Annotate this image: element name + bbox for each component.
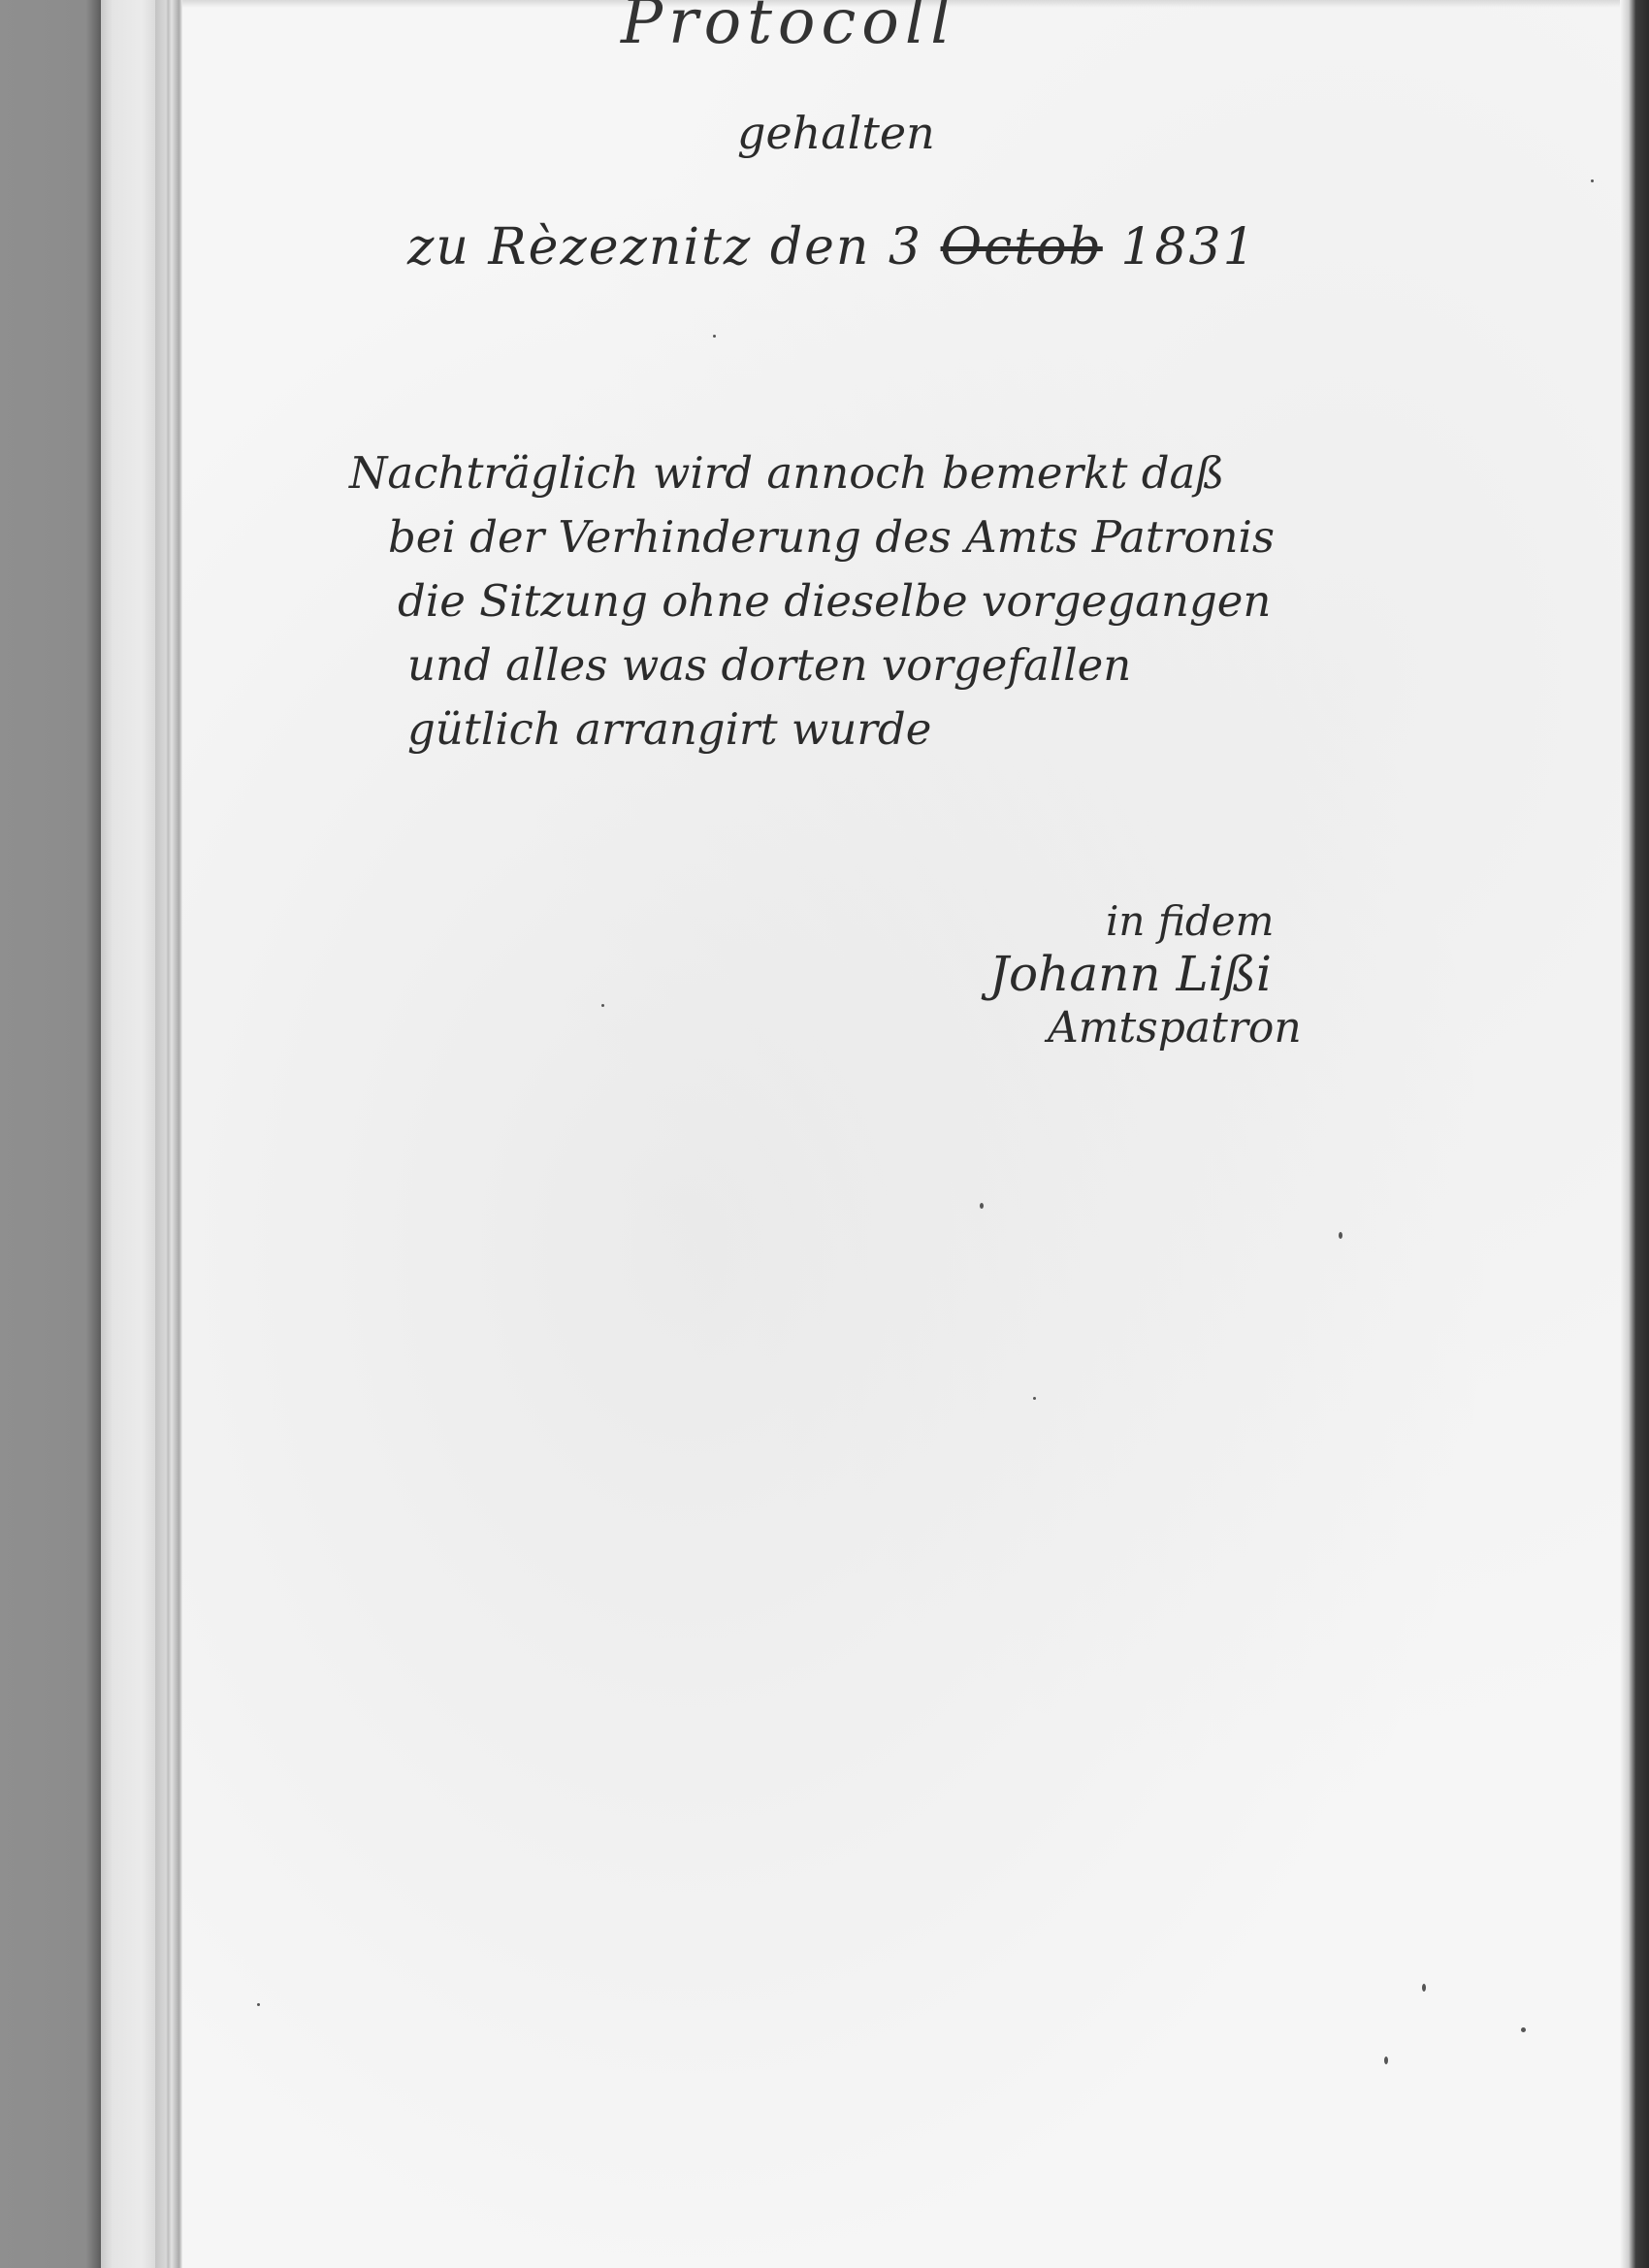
signatory-role: Amtspatron [1048,1003,1302,1053]
signatory-name: Johann Lißi [989,945,1302,1003]
scanner-background [0,0,101,2268]
month: Octob [941,218,1103,276]
document-subtitle: gehalten [737,107,935,159]
body-line: die Sitzung ohne dieselbe vorgegangen [398,569,1591,633]
body-line: gütlich arrangirt wurde [407,697,1591,761]
manuscript-page [182,0,1633,2268]
signature-block: in fidem Johann Lißi Amtspatron [989,897,1302,1053]
body-line: Nachträglich wird annoch bemerkt daß [349,441,1591,505]
page-gutter [155,0,182,2268]
place-date-line: zu Rèzeznitz den 3 Octob 1831 [407,218,1257,276]
page-edge-right [1620,0,1649,2268]
place-and-day: zu Rèzeznitz den 3 [407,218,922,276]
year: 1831 [1120,218,1256,276]
body-paragraph: Nachträglich wird annoch bemerkt daß bei… [349,441,1591,761]
document-title: Protocoll [621,0,956,58]
attestation-phrase: in fidem [1106,897,1302,945]
page-edge-left [101,0,159,2268]
body-line: und alles was dorten vorgefallen [407,633,1591,697]
body-line: bei der Verhinderung des Amts Patronis [388,505,1591,569]
